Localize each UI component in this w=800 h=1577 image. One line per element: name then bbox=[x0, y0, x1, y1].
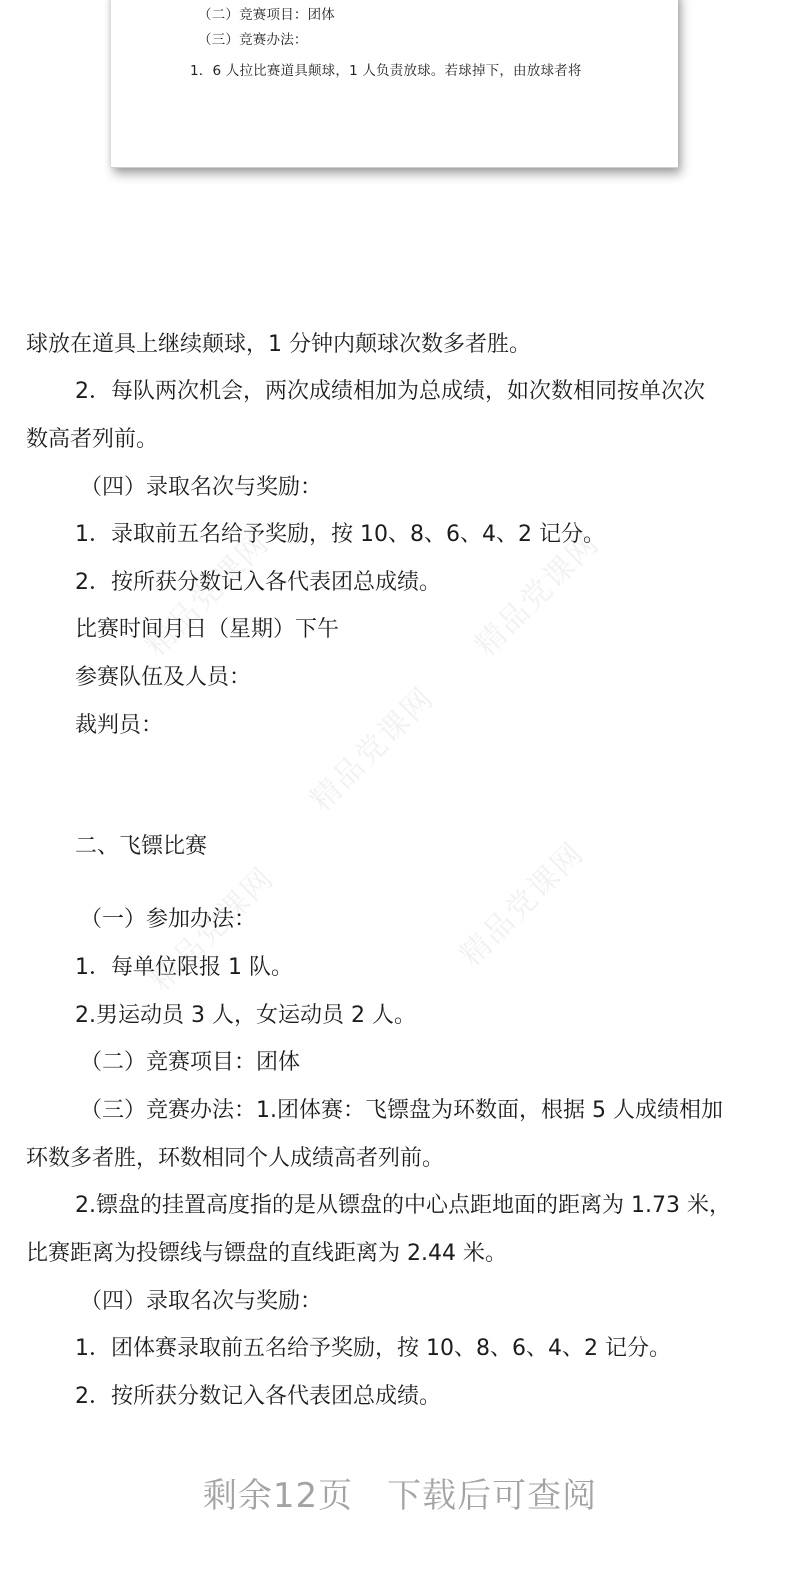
paragraph-line: 球放在道具上继续颠球，1 分钟内颠球次数多者胜。 bbox=[26, 331, 531, 359]
watermark: 精品党课网 bbox=[298, 675, 442, 819]
section-title: 二、飞镖比赛 bbox=[75, 833, 207, 861]
paragraph-line: 比赛距离为投镖线与镖盘的直线距离为 2.44 米。 bbox=[26, 1240, 507, 1268]
watermark: 精品党课网 bbox=[448, 830, 592, 974]
preview-line: （二）竞赛项目：团体 bbox=[198, 3, 335, 23]
section-heading: （二）竞赛项目：团体 bbox=[80, 1049, 300, 1077]
remaining-pages-notice[interactable]: 剩余12页下载后可查阅 bbox=[0, 1468, 800, 1517]
remaining-pages-label: 剩余12页 bbox=[203, 1476, 353, 1516]
download-hint-label: 下载后可查阅 bbox=[387, 1476, 597, 1516]
section-heading: （四）录取名次与奖励： bbox=[80, 1288, 322, 1316]
paragraph-line: 参赛队伍及人员： bbox=[75, 664, 251, 692]
preview-line: 1．6 人拉比赛道具颠球，1 人负责放球。若球掉下，由放球者将 bbox=[190, 59, 582, 79]
paragraph-line: 数高者列前。 bbox=[26, 426, 158, 454]
paragraph-line: 比赛时间月日（星期）下午 bbox=[75, 616, 339, 644]
list-item: 2．按所获分数记入各代表团总成绩。 bbox=[75, 1383, 441, 1411]
list-item: 1．录取前五名给予奖励，按 10、8、6、4、2 记分。 bbox=[75, 521, 605, 549]
page-preview: （二）竞赛项目：团体 （三）竞赛办法： 1．6 人拉比赛道具颠球，1 人负责放球… bbox=[111, 0, 678, 168]
list-item: 2．按所获分数记入各代表团总成绩。 bbox=[75, 569, 441, 597]
preview-line: （三）竞赛办法： bbox=[198, 28, 308, 48]
list-item: 1．每单位限报 1 队。 bbox=[75, 954, 293, 982]
paragraph-line: 2．每队两次机会，两次成绩相加为总成绩，如次数相同按单次次 bbox=[75, 378, 705, 406]
section-heading: （一）参加办法： bbox=[80, 906, 256, 934]
section-heading: （四）录取名次与奖励： bbox=[80, 474, 322, 502]
paragraph-line: （三）竞赛办法：1.团体赛：飞镖盘为环数面，根据 5 人成绩相加 bbox=[80, 1097, 723, 1125]
list-item: 1．团体赛录取前五名给予奖励，按 10、8、6、4、2 记分。 bbox=[75, 1335, 671, 1363]
paragraph-line: 环数多者胜，环数相同个人成绩高者列前。 bbox=[26, 1145, 444, 1173]
paragraph-line: 裁判员： bbox=[75, 712, 163, 740]
list-item: 2.男运动员 3 人，女运动员 2 人。 bbox=[75, 1002, 416, 1030]
paragraph-line: 2.镖盘的挂置高度指的是从镖盘的中心点距地面的距离为 1.73 米， bbox=[75, 1192, 731, 1220]
